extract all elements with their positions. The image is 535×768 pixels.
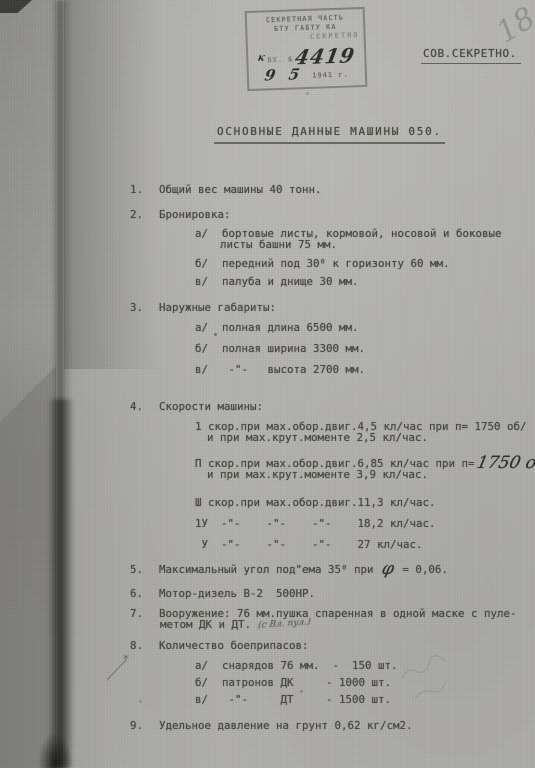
svg-text:*: * <box>122 653 130 668</box>
line-text: -"- ДТ - 1500 шт. <box>222 694 391 705</box>
stamp-year: 1941 г. <box>312 71 349 81</box>
document-line: 1У -"- -"- -"- 18,2 кл/час. <box>0 518 535 529</box>
handwritten-text: 1750 о <box>475 458 535 469</box>
document-line: Ш скор.при мах.обор.двиг.11,3 кл/час. <box>0 497 535 508</box>
line-marker: в/ <box>195 276 222 287</box>
line-text: Общий вес машины 40 тонн. <box>159 184 322 195</box>
document-line: 1.Общий вес машины 40 тонн. <box>0 184 535 195</box>
line-marker: в/ <box>195 364 222 375</box>
bottom-left-ink-blot <box>38 733 72 768</box>
scanned-document-page: { "colors": { "paper": "#b4b3af", "typew… <box>0 0 535 768</box>
document-line: 2.Бронировка: <box>0 209 535 220</box>
handwritten-page-number: 18 <box>490 1 535 51</box>
document-line: У -"- -"- -"- 27 кл/час. <box>0 539 535 550</box>
line-text: патронов ДК - 1000 шт. <box>222 677 391 688</box>
document-line: 6.Мотор-дизель В-2 500НР. <box>0 588 535 599</box>
line-marker: 9. <box>130 720 159 731</box>
line-marker: 7. <box>130 608 159 619</box>
line-text: Бронировка: <box>159 209 231 220</box>
line-marker: 6. <box>130 588 159 599</box>
line-text: = 0,06. <box>396 564 448 575</box>
line-marker: 3. <box>130 302 159 313</box>
pencil-check-mark: * <box>102 650 136 684</box>
line-text: Наружные габариты: <box>159 302 276 313</box>
handwritten-prefix: к <box>256 53 266 67</box>
document-line: в/палуба и днище 30 мм. <box>0 276 535 287</box>
line-text: Мотор-дизель В-2 500НР. <box>159 588 315 599</box>
line-text: Ш скор.при мах.обор.двиг.11,3 кл/час. <box>195 497 436 508</box>
document-line: 5.Максимальный угол под"ема 35⁰ при φ = … <box>0 564 535 575</box>
document-line: а/полная длина 6500 мм. <box>0 322 535 333</box>
document-title: ОСНОВНЫЕ ДАННЫЕ МАШИНЫ 050. <box>214 125 445 144</box>
line-marker: 1. <box>130 184 159 195</box>
line-marker: б/ <box>195 343 222 354</box>
line-text: снарядов 76 мм. - 150 шт. <box>222 660 398 671</box>
line-text: полная длина 6500 мм. <box>222 322 359 333</box>
line-text: метом ДК и ДТ. <box>160 619 251 630</box>
line-marker: б/ <box>195 677 222 688</box>
line-marker: а/ <box>195 322 222 333</box>
document-line: и при мах.крут.моменте 2,5 кл/час. <box>0 432 535 443</box>
line-marker: 2. <box>130 209 159 220</box>
handwritten-pencil-note: (с Вл. пул.) <box>257 617 311 632</box>
line-text: У -"- -"- -"- 27 кл/час. <box>195 539 423 550</box>
line-marker: а/ <box>195 660 222 671</box>
handwritten-month: 5 <box>287 67 301 81</box>
line-text: палуба и днище 30 мм. <box>222 276 359 287</box>
line-marker: б/ <box>195 258 222 269</box>
handwritten-day: 9 <box>264 68 278 82</box>
classification-label: СОВ.СЕКРЕТНО. <box>421 47 521 64</box>
document-line: в/ -"- высота 2700 мм. <box>0 364 535 375</box>
line-text: полная ширина 3300 мм. <box>222 343 365 354</box>
document-line: 7.Вооружение: 76 мм.пушка спаренная в од… <box>0 608 535 619</box>
line-marker: а/ <box>195 228 222 239</box>
line-marker: 5. <box>130 564 159 575</box>
line-text: листы башни 75 мм. <box>220 239 337 250</box>
document-line: листы башни 75 мм. <box>0 239 535 250</box>
document-line: 3.Наружные габариты: <box>0 302 535 313</box>
line-text: Удельное давление на грунт 0,62 кг/см2. <box>159 720 413 731</box>
line-text: и при мах.крут.моменте 3,9 кл/час. <box>207 469 428 480</box>
line-marker: в/ <box>195 694 222 705</box>
line-text: Максимальный угол под"ема 35⁰ при <box>159 564 380 575</box>
document-line: 4.Скорости машины: <box>0 401 535 412</box>
handwritten-entry-number: 4419 <box>294 46 357 66</box>
stamp-entry-row: к ВХ. № 4419 <box>248 40 365 68</box>
dark-corner-artifact <box>0 0 32 13</box>
line-text: -"- высота 2700 мм. <box>222 364 365 375</box>
line-text: и при мах.крут.моменте 2,5 кл/час. <box>207 432 428 443</box>
paper-speck <box>306 92 309 95</box>
line-text: передний под 30⁰ к горизонту 60 мм. <box>222 258 450 269</box>
document-line: и при мах.крут.моменте 3,9 кл/час. <box>0 469 535 480</box>
document-line: 9.Удельное давление на грунт 0,62 кг/см2… <box>0 720 535 731</box>
line-text: Скорости машины: <box>159 401 263 412</box>
line-marker: 4. <box>130 401 159 412</box>
line-text: 1У -"- -"- -"- 18,2 кл/час. <box>195 518 436 529</box>
line-text: Количество боеприпасов: <box>159 640 309 651</box>
document-line: б/передний под 30⁰ к горизонту 60 мм. <box>0 258 535 269</box>
document-line: б/полная ширина 3300 мм. <box>0 343 535 354</box>
registration-stamp: СЕКРЕТНАЯ ЧАСТЬ БТУ ГАБТУ КА СЕКРЕТНО к … <box>245 7 368 91</box>
document-line: метом ДК и ДТ.(с Вл. пул.) <box>0 619 535 630</box>
handwritten-text: φ <box>381 564 395 575</box>
